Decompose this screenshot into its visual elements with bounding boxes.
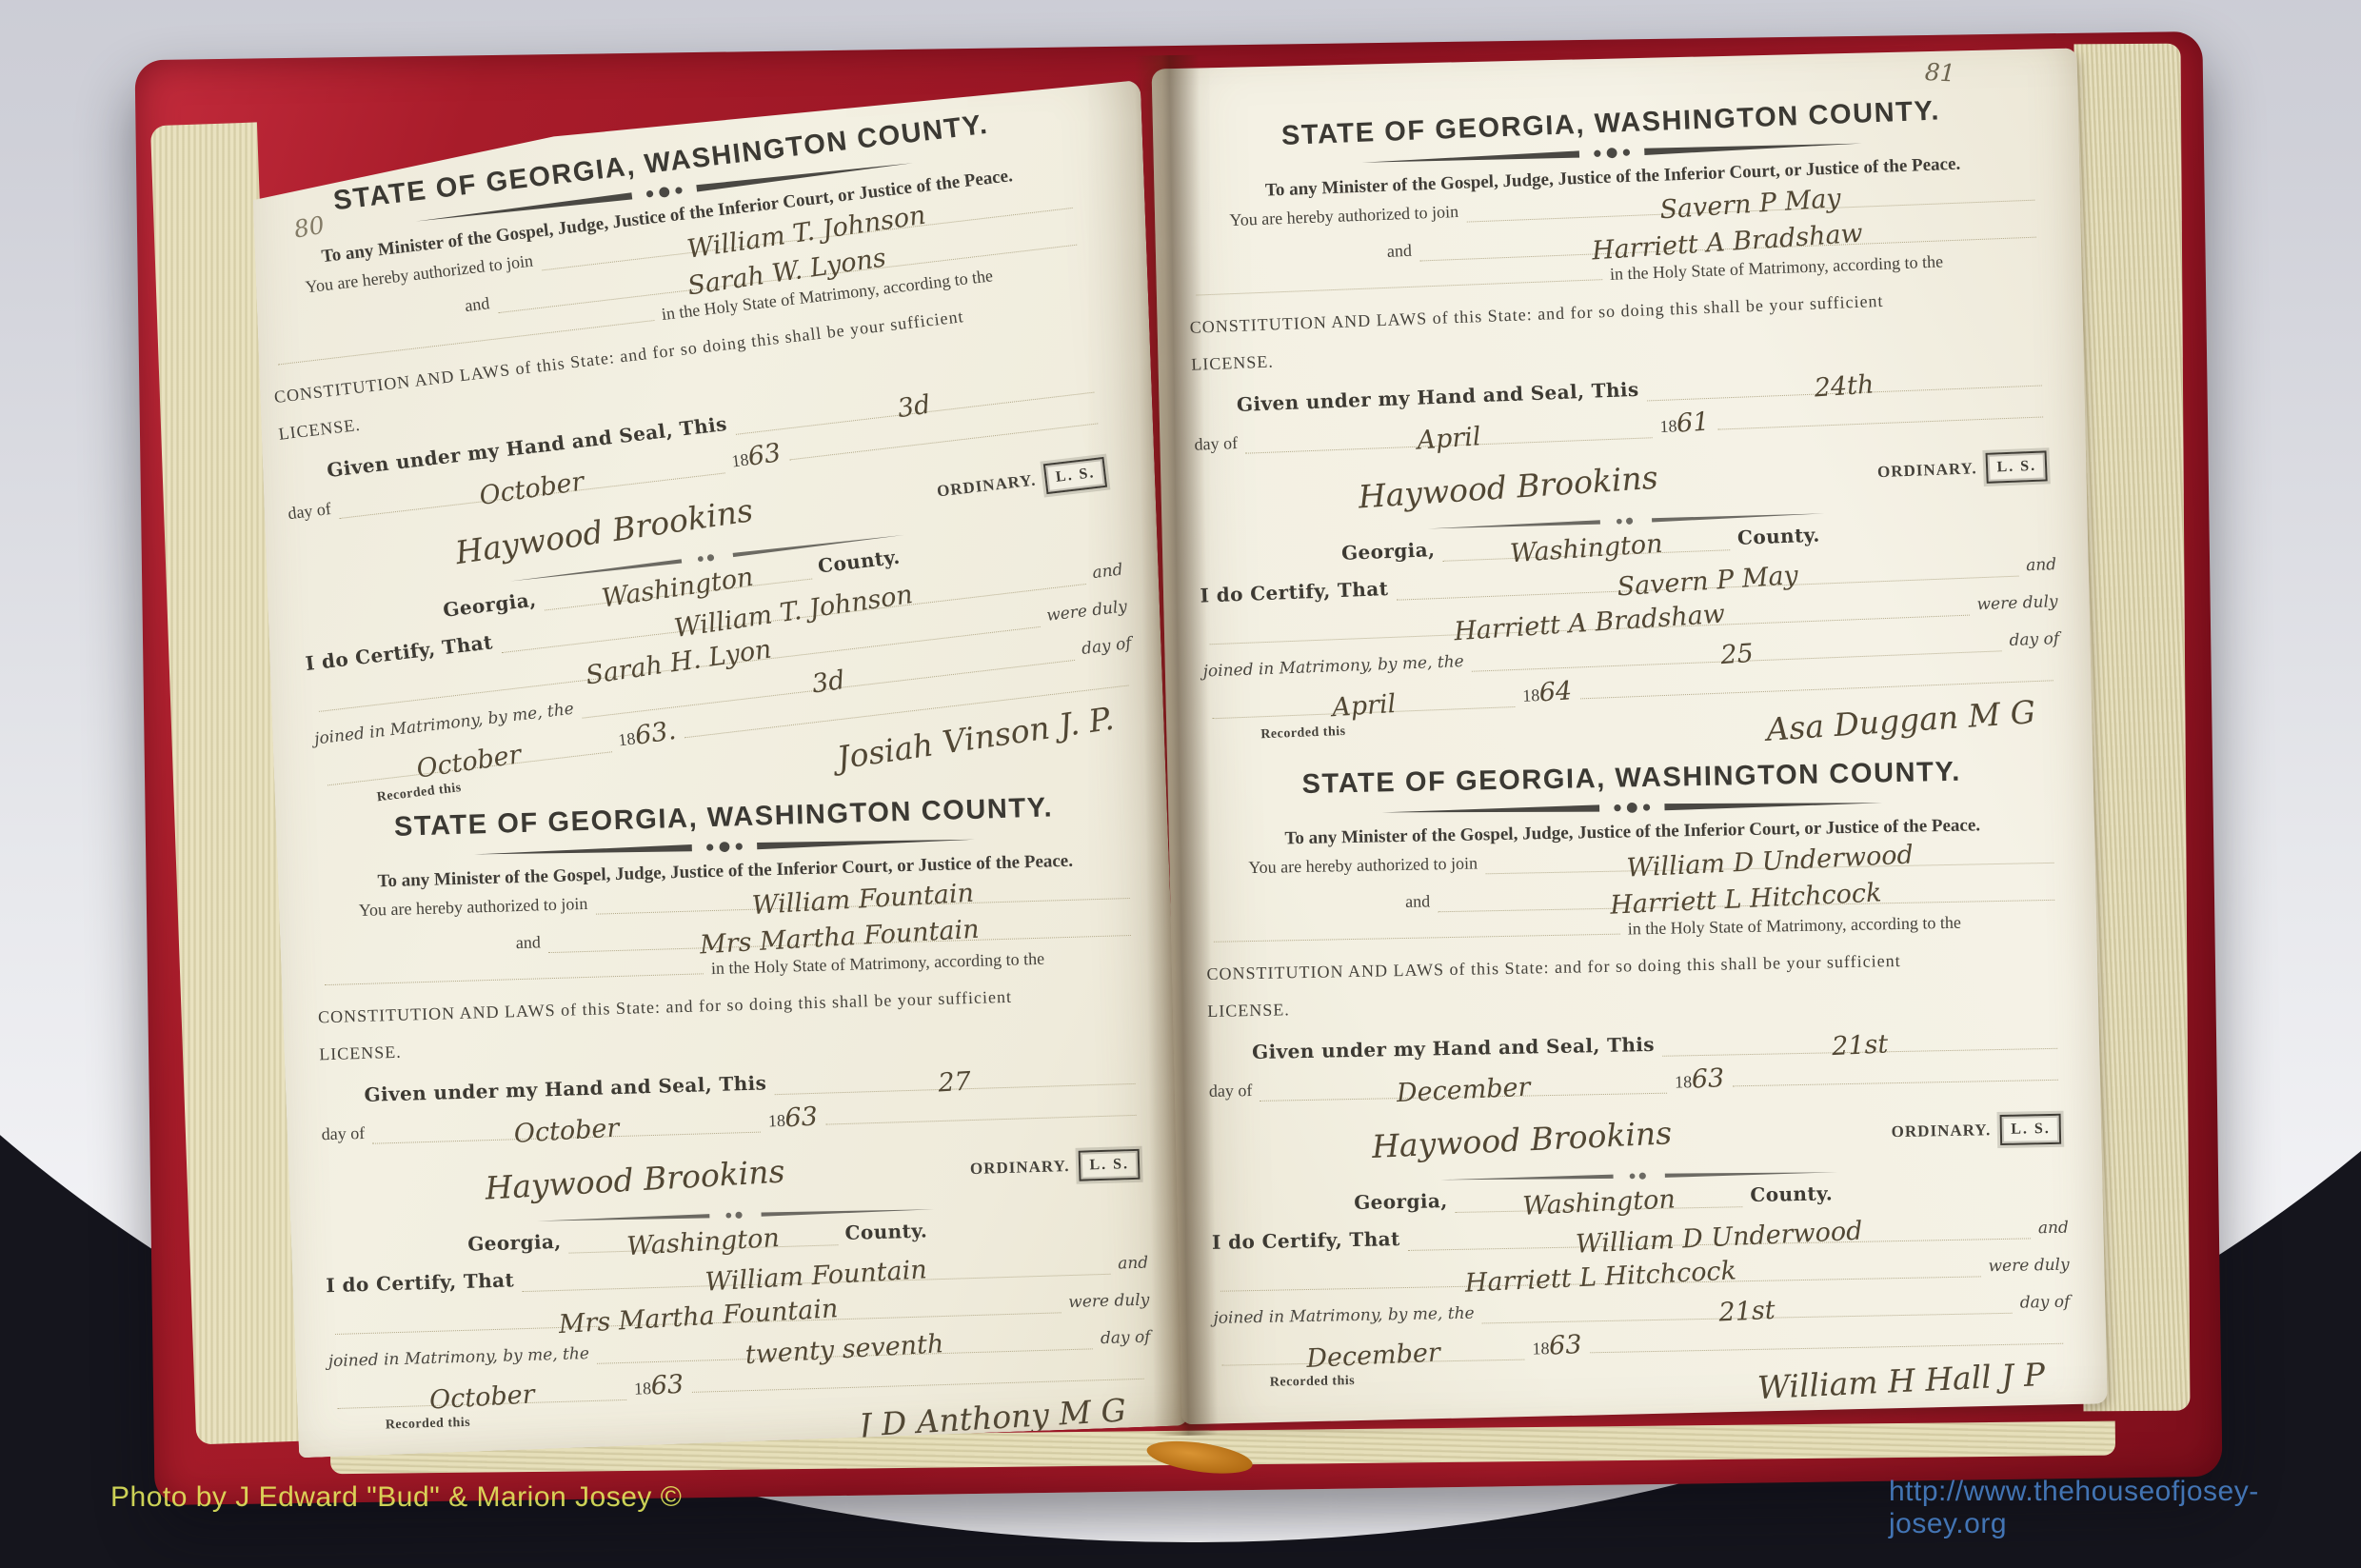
authorize-label: You are hereby authorized to join [1229, 202, 1458, 230]
cert-bride-name: Harriett L Hitchcock [1464, 1258, 1736, 1296]
cert-year: 63. [633, 718, 677, 749]
authorize-label: You are hereby authorized to join [358, 894, 587, 921]
recorded-label: Recorded this [1270, 1374, 1356, 1391]
ordinary-signature: Haywood Brookins [1371, 1117, 1672, 1162]
georgia-label: Georgia, [442, 588, 538, 622]
were-duly-label: were duly [1045, 597, 1128, 625]
were-duly-label: were duly [1976, 592, 2058, 614]
and-label: and [2026, 555, 2057, 575]
blank-line [1717, 411, 2043, 430]
license-year: 63 [784, 1103, 819, 1131]
ordinary-signature: Haywood Brookins [1358, 461, 1659, 512]
year-prefix: 18 [768, 1111, 786, 1132]
record-header: STATE OF GEORGIA, WASHINGTON COUNTY. [1202, 755, 2059, 803]
cert-groom-name: William Fountain [704, 1257, 928, 1295]
cert-county: Washington [1509, 531, 1663, 567]
cert-groom-name: William D Underwood [1576, 1219, 1863, 1258]
license-day: 27 [938, 1069, 972, 1097]
day-of-label: day of [321, 1123, 365, 1144]
blank-line [691, 1373, 1143, 1393]
page-number: 81 [1924, 58, 1955, 87]
county-line: Washington [1455, 1181, 1742, 1213]
license-day: 3d [896, 391, 932, 422]
blank-line [1214, 928, 1620, 943]
license-label: LICENSE. [1191, 351, 1274, 374]
blank-line [825, 1109, 1136, 1125]
certify-label: I do Certify, That [1200, 577, 1388, 607]
cert-year: 63 [650, 1372, 684, 1399]
cert-county: Washington [626, 1225, 781, 1260]
day-of-label: day of [1209, 1081, 1253, 1102]
license-month: October [513, 1115, 620, 1146]
and-label: and [464, 293, 490, 316]
cert-year: 63 [1549, 1332, 1583, 1360]
joined-label: joined in Matrimony, by me, the [1202, 652, 1464, 682]
marriage-record-may-bradshaw: STATE OF GEORGIA, WASHINGTON COUNTY. To … [1152, 90, 2097, 766]
day-of-label: day of [287, 499, 332, 524]
year-prefix: 18 [1675, 1072, 1692, 1092]
county-label: County. [817, 546, 902, 578]
ordinary-signature: Haywood Brookins [485, 1155, 786, 1203]
seal-box: L. S. [1986, 450, 2048, 483]
marriage-record-underwood-hitchcock: STATE OF GEORGIA, WASHINGTON COUNTY. To … [1168, 754, 2106, 1413]
license-year: 61 [1677, 409, 1711, 437]
recorded-label: Recorded this [386, 1416, 471, 1434]
joined-label: joined in Matrimony, by me, the [1213, 1304, 1474, 1328]
georgia-label: Georgia, [1341, 538, 1436, 565]
day-of-label: day of [1081, 634, 1133, 659]
divider-flourish [1375, 796, 1889, 819]
and-label: and [1387, 241, 1413, 262]
groom-name: William D Underwood [1625, 842, 1913, 881]
blank-line [1590, 1338, 2063, 1354]
right-page: 81 STATE OF GEORGIA, WASHINGTON COUNTY. … [1152, 49, 2108, 1425]
georgia-label: Georgia, [1354, 1189, 1448, 1214]
marriage-record-fountain: STATE OF GEORGIA, WASHINGTON COUNTY. To … [278, 789, 1188, 1456]
and-label: and [2038, 1219, 2069, 1239]
certificate-section: Georgia, Washington County. I do Certify… [1199, 511, 2063, 764]
seal-box: L. S. [1043, 457, 1107, 494]
groom-name: Savern P May [1659, 186, 1842, 224]
cert-day: twenty seventh [745, 1331, 945, 1368]
cert-month-line: December [1221, 1334, 1525, 1366]
authorize-label: You are hereby authorized to join [1248, 853, 1478, 878]
blank-line [1196, 273, 1602, 295]
license-label: LICENSE. [319, 1042, 402, 1065]
and-label: and [1118, 1254, 1149, 1274]
license-day: 21st [1831, 1031, 1888, 1060]
cert-month: October [428, 1381, 535, 1413]
record-book: 80 STATE OF GEORGIA, WASHINGTON COUNTY. … [135, 31, 2223, 1505]
were-duly-label: were duly [1068, 1291, 1150, 1313]
and-label: and [516, 932, 542, 953]
county-label: County. [1737, 524, 1821, 549]
year-prefix: 18 [634, 1379, 652, 1399]
license-year: 63 [746, 440, 783, 470]
license-label: LICENSE. [1207, 1000, 1290, 1022]
county-label: County. [844, 1219, 927, 1244]
website-watermark: http://www.thehouseofjosey-josey.org [1889, 1476, 2361, 1540]
were-duly-label: were duly [1988, 1256, 2069, 1277]
day-of-label: day of [1194, 433, 1238, 455]
year-prefix: 18 [1522, 685, 1540, 706]
license-day: 24th [1814, 371, 1875, 401]
and-label: and [1091, 560, 1123, 583]
blank-line [1733, 1074, 2058, 1087]
groom-name: William Fountain [751, 881, 975, 919]
cert-day: 21st [1718, 1298, 1776, 1326]
license-month: April [1417, 424, 1482, 453]
joined-label: joined in Matrimony, by me, the [328, 1344, 590, 1371]
certificate-section: Georgia, Washington County. I do Certify… [1211, 1175, 2072, 1412]
ordinary-label: ORDINARY. [1892, 1121, 1992, 1141]
certificate-section: Georgia, Washington County. I do Certify… [325, 1210, 1154, 1456]
county-label: County. [1750, 1181, 1833, 1206]
county-line: Washington [568, 1219, 838, 1253]
certify-label: I do Certify, That [326, 1268, 514, 1297]
bride-name: Harriett L Hitchcock [1610, 880, 1882, 918]
license-month: October [478, 468, 585, 509]
cert-month: December [1306, 1340, 1441, 1372]
georgia-label: Georgia, [467, 1230, 562, 1256]
blank-line [1580, 674, 2053, 699]
cert-county: Washington [1522, 1186, 1677, 1220]
cert-month: April [1331, 691, 1397, 721]
seal-box: L. S. [1079, 1149, 1140, 1181]
cert-day: 3d [810, 667, 846, 698]
year-prefix: 18 [1532, 1339, 1549, 1359]
day-of-label: day of [2009, 629, 2059, 650]
and-label: and [1405, 891, 1430, 911]
year-prefix: 18 [1659, 416, 1677, 437]
license-month: December [1397, 1075, 1532, 1107]
ordinary-label: ORDINARY. [1877, 459, 1977, 482]
license-month-line: December [1260, 1067, 1667, 1102]
seal-box: L. S. [2000, 1114, 2061, 1145]
license-year: 63 [1692, 1065, 1726, 1093]
given-under-label: Given under my Hand and Seal, This [1252, 1033, 1655, 1063]
license-day-line: 21st [1662, 1022, 2058, 1057]
day-of-label: day of [1101, 1328, 1151, 1349]
certify-label: I do Certify, That [1212, 1227, 1400, 1254]
day-of-label: day of [2020, 1293, 2071, 1313]
ordinary-label: ORDINARY. [936, 470, 1037, 501]
cert-day: 25 [1719, 641, 1754, 668]
left-page: 80 STATE OF GEORGIA, WASHINGTON COUNTY. … [249, 80, 1189, 1458]
recorded-label: Recorded this [1260, 724, 1346, 743]
photo-credit-watermark: Photo by J Edward "Bud" & Marion Josey © [110, 1481, 682, 1514]
ordinary-label: ORDINARY. [970, 1157, 1070, 1179]
marriage-record-johnson-lyons: STATE OF GEORGIA, WASHINGTON COUNTY. To … [249, 96, 1176, 837]
cert-groom-name: Savern P May [1616, 563, 1798, 601]
cert-year: 64 [1538, 678, 1573, 705]
blank-line [325, 967, 704, 985]
